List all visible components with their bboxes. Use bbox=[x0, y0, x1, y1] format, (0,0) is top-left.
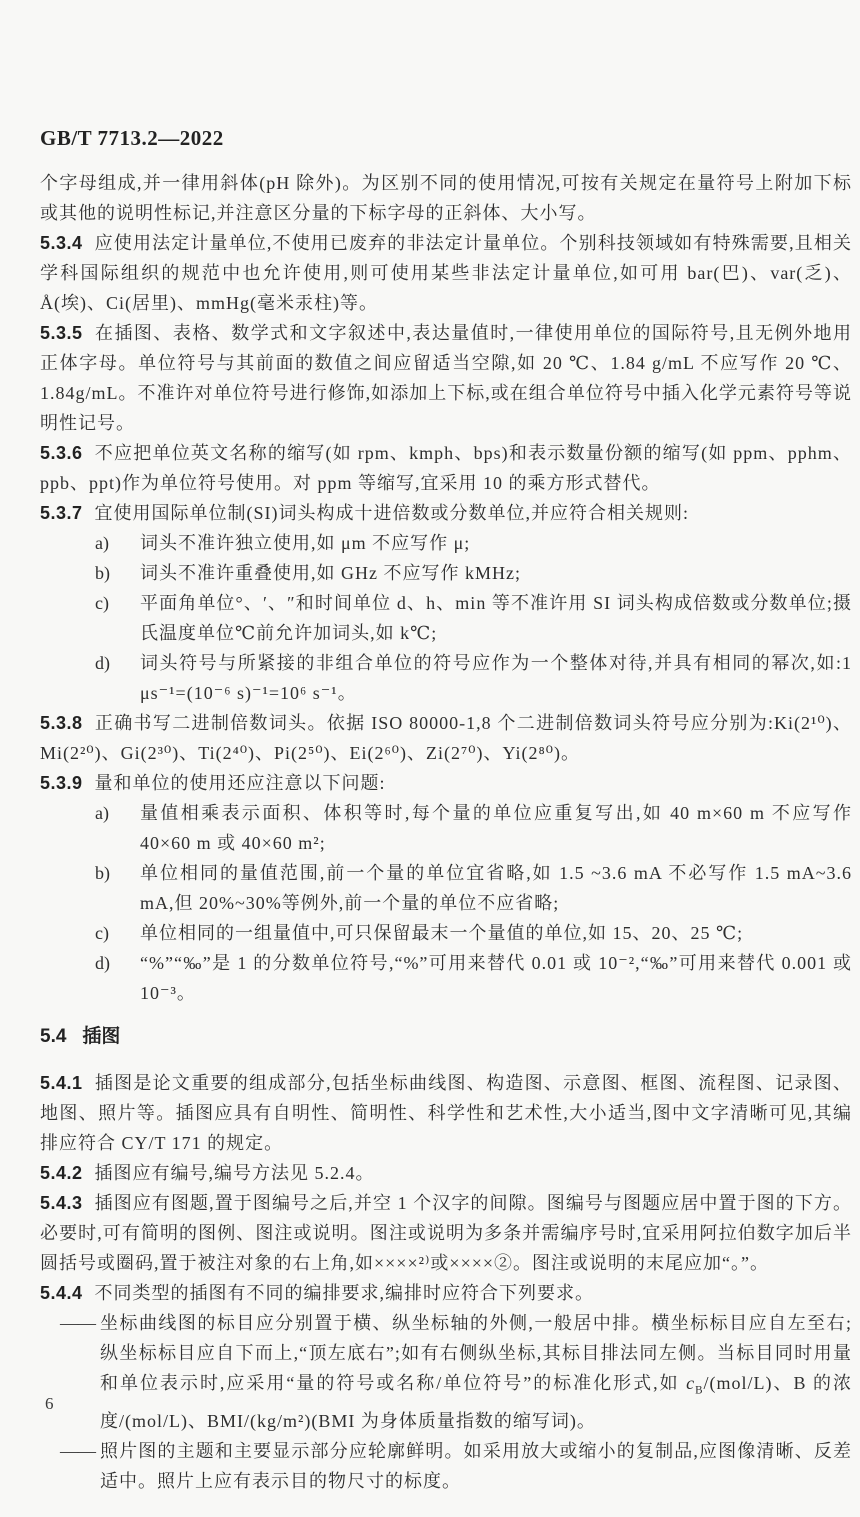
clause-number: 5.4.1 bbox=[40, 1073, 83, 1093]
clause-5-4-2: 5.4.2插图应有编号,编号方法见 5.2.4。 bbox=[40, 1158, 852, 1188]
clause-5-3-4: 5.3.4应使用法定计量单位,不使用已废弃的非法定计量单位。个别科技领域如有特殊… bbox=[40, 228, 852, 318]
clause-5-4-4: 5.4.4不同类型的插图有不同的编排要求,编排时应符合下列要求。 bbox=[40, 1278, 852, 1308]
list-marker: c) bbox=[95, 588, 109, 618]
clause-text: 插图是论文重要的组成部分,包括坐标曲线图、构造图、示意图、框图、流程图、记录图、… bbox=[40, 1073, 852, 1153]
list-item-5-3-9-b: b)单位相同的量值范围,前一个量的单位宜省略,如 1.5 ~3.6 mA 不必写… bbox=[40, 858, 852, 918]
clause-5-3-8: 5.3.8正确书写二进制倍数词头。依据 ISO 80000-1,8 个二进制倍数… bbox=[40, 708, 852, 768]
dash-item-text: 照片图的主题和主要显示部分应轮廓鲜明。如采用放大或缩小的复制品,应图像清晰、反差… bbox=[100, 1441, 852, 1491]
clause-5-4-1: 5.4.1插图是论文重要的组成部分,包括坐标曲线图、构造图、示意图、框图、流程图… bbox=[40, 1068, 852, 1158]
clause-number: 5.4.3 bbox=[40, 1193, 83, 1213]
list-item-text: 平面角单位°、′、″和时间单位 d、h、min 等不准许用 SI 词头构成倍数或… bbox=[140, 593, 852, 643]
list-item-5-3-7-a: a)词头不准许独立使用,如 μm 不应写作 μ; bbox=[40, 528, 852, 558]
list-item-text: 词头不准许重叠使用,如 GHz 不应写作 kMHz; bbox=[140, 563, 521, 583]
list-item-text: 词头符号与所紧接的非组合单位的符号应作为一个整体对待,并具有相同的幂次,如:1 … bbox=[140, 653, 852, 703]
continuation-paragraph: 个字母组成,并一律用斜体(pH 除外)。为区别不同的使用情况,可按有关规定在量符… bbox=[40, 168, 852, 228]
clause-text: 宜使用国际单位制(SI)词头构成十进倍数或分数单位,并应符合相关规则: bbox=[95, 503, 690, 523]
list-item-5-3-9-a: a)量值相乘表示面积、体积等时,每个量的单位应重复写出,如 40 m×60 m … bbox=[40, 798, 852, 858]
clause-number: 5.3.8 bbox=[40, 713, 83, 733]
clause-text: 不应把单位英文名称的缩写(如 rpm、kmph、bps)和表示数量份额的缩写(如… bbox=[40, 443, 852, 493]
list-item-5-3-7-c: c)平面角单位°、′、″和时间单位 d、h、min 等不准许用 SI 词头构成倍… bbox=[40, 588, 852, 648]
list-item-text: 单位相同的量值范围,前一个量的单位宜省略,如 1.5 ~3.6 mA 不必写作 … bbox=[140, 863, 852, 913]
clause-number: 5.3.6 bbox=[40, 443, 83, 463]
section-title: 插图 bbox=[82, 1026, 120, 1047]
dash-marker: —— bbox=[60, 1436, 96, 1466]
section-heading-5-4: 5.4插图 bbox=[40, 1022, 852, 1052]
dash-item-curve-charts: ——坐标曲线图的标目应分别置于横、纵坐标轴的外侧,一般居中排。横坐标标目应自左至… bbox=[40, 1308, 852, 1436]
list-item-5-3-7-d: d)词头符号与所紧接的非组合单位的符号应作为一个整体对待,并具有相同的幂次,如:… bbox=[40, 648, 852, 708]
list-item-5-3-7-b: b)词头不准许重叠使用,如 GHz 不应写作 kMHz; bbox=[40, 558, 852, 588]
quantity-symbol-c: c bbox=[686, 1373, 695, 1393]
clause-number: 5.3.9 bbox=[40, 773, 83, 793]
dash-item-photographs: ——照片图的主题和主要显示部分应轮廓鲜明。如采用放大或缩小的复制品,应图像清晰、… bbox=[40, 1436, 852, 1496]
clause-text: 正确书写二进制倍数词头。依据 ISO 80000-1,8 个二进制倍数词头符号应… bbox=[40, 713, 852, 763]
clause-text: 应使用法定计量单位,不使用已废弃的非法定计量单位。个别科技领域如有特殊需要,且相… bbox=[40, 233, 852, 313]
quantity-subscript-b: B bbox=[695, 1385, 703, 1397]
clause-text: 插图应有图题,置于图编号之后,并空 1 个汉字的间隙。图编号与图题应居中置于图的… bbox=[40, 1193, 852, 1273]
list-item-5-3-9-d: d)“%”“‰”是 1 的分数单位符号,“%”可用来替代 0.01 或 10⁻²… bbox=[40, 948, 852, 1008]
list-item-text: 单位相同的一组量值中,可只保留最末一个量值的单位,如 15、20、25 ℃; bbox=[140, 923, 743, 943]
list-marker: b) bbox=[95, 858, 110, 888]
page-body: 个字母组成,并一律用斜体(pH 除外)。为区别不同的使用情况,可按有关规定在量符… bbox=[40, 168, 852, 1496]
clause-text: 量和单位的使用还应注意以下问题: bbox=[95, 773, 386, 793]
list-marker: d) bbox=[95, 948, 110, 978]
list-item-text: “%”“‰”是 1 的分数单位符号,“%”可用来替代 0.01 或 10⁻²,“… bbox=[140, 953, 852, 1003]
page-number: 6 bbox=[45, 1394, 54, 1414]
list-marker: c) bbox=[95, 918, 109, 948]
clause-number: 5.3.5 bbox=[40, 323, 83, 343]
clause-number: 5.3.7 bbox=[40, 503, 83, 523]
clause-number: 5.4.4 bbox=[40, 1283, 83, 1303]
list-item-text: 词头不准许独立使用,如 μm 不应写作 μ; bbox=[140, 533, 470, 553]
clause-number: 5.3.4 bbox=[40, 233, 83, 253]
clause-5-4-3: 5.4.3插图应有图题,置于图编号之后,并空 1 个汉字的间隙。图编号与图题应居… bbox=[40, 1188, 852, 1278]
clause-text: 在插图、表格、数学式和文字叙述中,表达量值时,一律使用单位的国际符号,且无例外地… bbox=[40, 323, 852, 433]
clause-5-3-6: 5.3.6不应把单位英文名称的缩写(如 rpm、kmph、bps)和表示数量份额… bbox=[40, 438, 852, 498]
list-item-text: 量值相乘表示面积、体积等时,每个量的单位应重复写出,如 40 m×60 m 不应… bbox=[140, 803, 852, 853]
list-marker: b) bbox=[95, 558, 110, 588]
clause-text: 插图应有编号,编号方法见 5.2.4。 bbox=[95, 1163, 375, 1183]
standard-number-header: GB/T 7713.2—2022 bbox=[40, 126, 224, 151]
dash-marker: —— bbox=[60, 1308, 96, 1338]
list-item-5-3-9-c: c)单位相同的一组量值中,可只保留最末一个量值的单位,如 15、20、25 ℃; bbox=[40, 918, 852, 948]
list-marker: d) bbox=[95, 648, 110, 678]
clause-5-3-5: 5.3.5在插图、表格、数学式和文字叙述中,表达量值时,一律使用单位的国际符号,… bbox=[40, 318, 852, 438]
list-marker: a) bbox=[95, 528, 109, 558]
document-page: GB/T 7713.2—2022 个字母组成,并一律用斜体(pH 除外)。为区别… bbox=[0, 0, 860, 1517]
clause-text: 不同类型的插图有不同的编排要求,编排时应符合下列要求。 bbox=[95, 1283, 595, 1303]
clause-number: 5.4.2 bbox=[40, 1163, 83, 1183]
section-number: 5.4 bbox=[40, 1026, 66, 1047]
clause-5-3-9: 5.3.9量和单位的使用还应注意以下问题: bbox=[40, 768, 852, 798]
clause-5-3-7: 5.3.7宜使用国际单位制(SI)词头构成十进倍数或分数单位,并应符合相关规则: bbox=[40, 498, 852, 528]
list-marker: a) bbox=[95, 798, 109, 828]
